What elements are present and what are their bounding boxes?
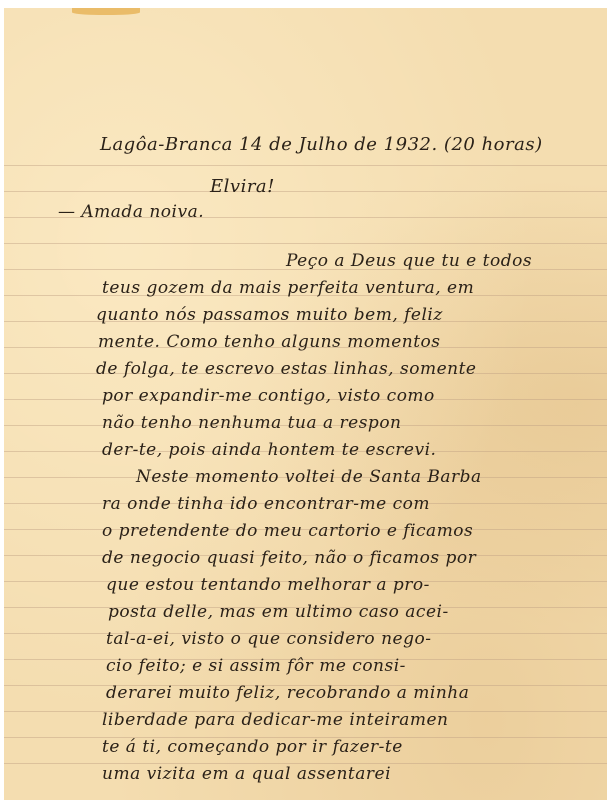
body-line: que estou tentando melhorar a pro-: [106, 575, 430, 595]
ruled-line: [4, 165, 607, 166]
body-line: cio feito; e si assim fôr me consi-: [106, 656, 406, 676]
body-line: Peço a Deus que tu e todos: [286, 251, 532, 271]
body-line: teus gozem da mais perfeita ventura, em: [102, 278, 474, 298]
body-line: te á ti, começando por ir fazer-te: [102, 737, 403, 757]
body-line: Neste momento voltei de Santa Barba: [136, 467, 482, 487]
body-line: liberdade para dedicar-me inteiramen: [102, 710, 448, 730]
body-line: o pretendente do meu cartorio e ficamos: [102, 521, 473, 541]
place-date-heading: Lagôa-Branca 14 de Julho de 1932. (20 ho…: [100, 134, 543, 155]
letter-page: Lagôa-Branca 14 de Julho de 1932. (20 ho…: [4, 8, 607, 800]
body-line: posta delle, mas em ultimo caso acei-: [108, 602, 449, 622]
body-line: não tenho nenhuma tua a respon: [102, 413, 402, 433]
body-line: mente. Como tenho alguns momentos: [98, 332, 441, 352]
body-line: quanto nós passamos muito bem, feliz: [96, 305, 443, 325]
body-line: de negocio quasi feito, não o ficamos po…: [102, 548, 476, 568]
body-line: derarei muito feliz, recobrando a minha: [106, 683, 469, 703]
ruled-line: [4, 243, 607, 244]
body-line: de folga, te escrevo estas linhas, somen…: [96, 359, 476, 379]
salutation-greeting: — Amada noiva.: [58, 202, 204, 222]
body-line: tal-a-ei, visto o que considero nego-: [106, 629, 431, 649]
paper-stain: [72, 8, 140, 15]
ruled-line: [4, 191, 607, 192]
body-line: ra onde tinha ido encontrar-me com: [102, 494, 430, 514]
body-line: por expandir-me contigo, visto como: [102, 386, 435, 406]
body-line: der-te, pois ainda hontem te escrevi.: [102, 440, 436, 460]
body-line: uma vizita em a qual assentarei: [102, 764, 391, 784]
salutation-name: Elvira!: [210, 176, 275, 197]
